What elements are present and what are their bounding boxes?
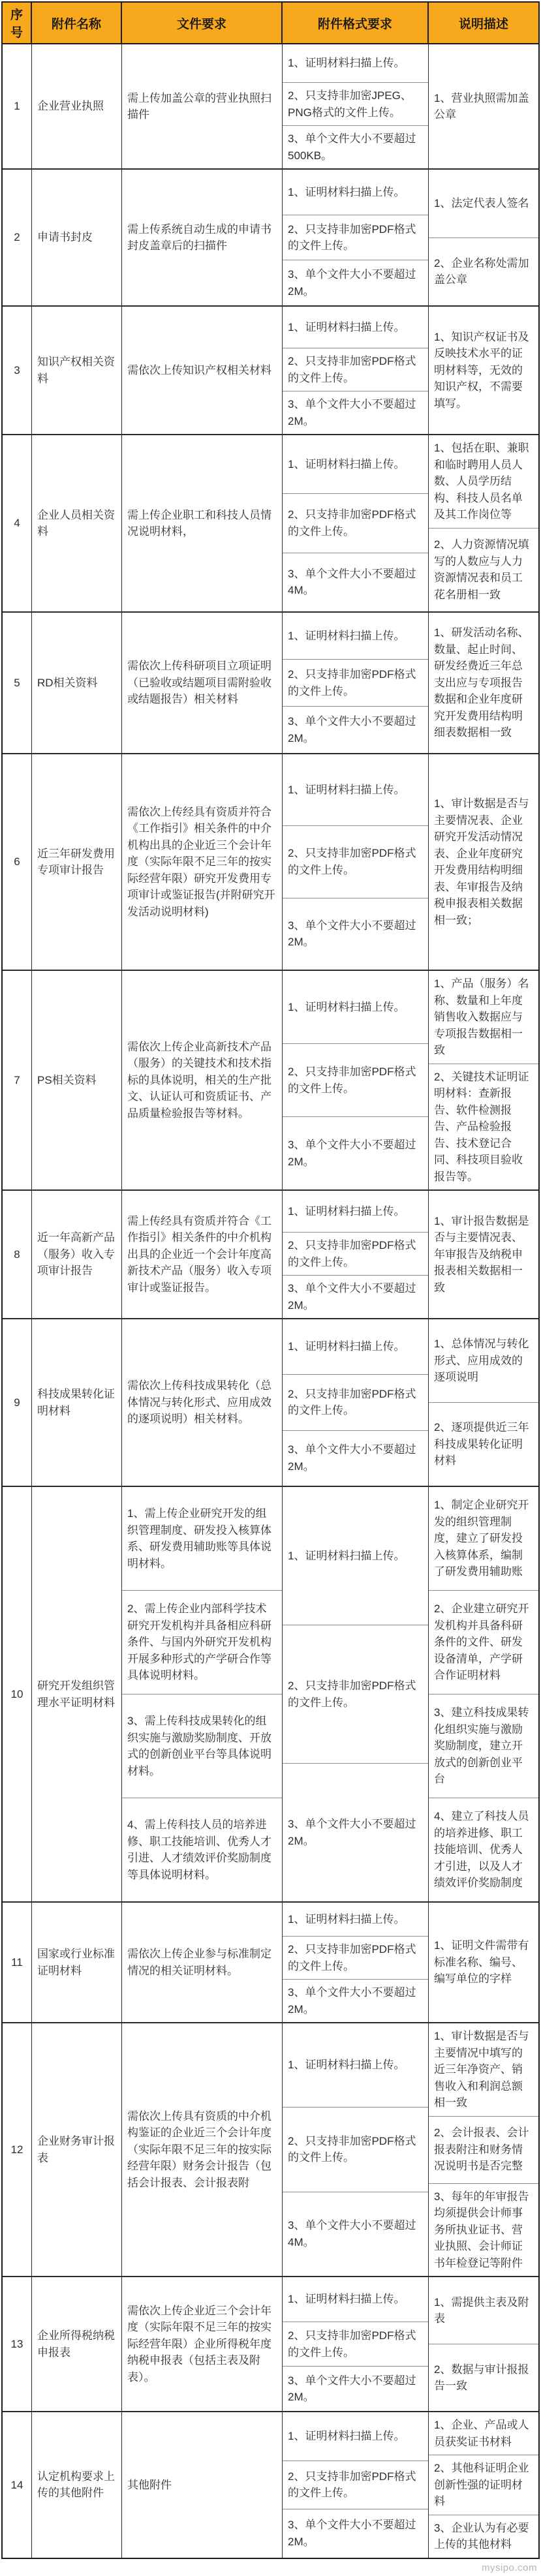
description-cell-item: 3、建立科技成果转化组织实施与激励奖励制度，建立开放式的创新创业平台 (429, 1694, 538, 1798)
description-cell-item: 2、会计报表、会计报表附注和财务情况说明书是否完整 (429, 2116, 538, 2183)
table-row: 2申请书封皮需上传系统自动生成的申请书封皮盖章后的扫描件1、证明材料扫描上传。2… (3, 170, 538, 307)
attachment-name-cell: 企业营业执照 (32, 44, 122, 168)
header-cell-format: 附件格式要求 (283, 3, 429, 43)
format-requirement-cell-item: 2、只支持非加密PDF格式的文件上传。 (283, 1625, 428, 1763)
format-requirement-cell-item: 3、单个文件大小不要超过2M。 (283, 2509, 428, 2558)
attachment-name-cell: 认定机构要求上传的其他附件 (32, 2412, 122, 2558)
row-number-cell: 14 (3, 2412, 32, 2558)
format-requirement-cell-item: 2、只支持非加密PDF格式的文件上传。 (283, 2107, 428, 2191)
description-cell: 1、企业、产品或人员获奖证书材料2、其他科证明企业创新性强的证明材料3、企业认为… (429, 2412, 538, 2558)
attachment-name-cell: 国家或行业标准证明材料 (32, 1903, 122, 2022)
format-requirement-cell-item: 3、单个文件大小不要超过2M。 (283, 1979, 428, 2022)
attachment-name-cell: 近一年高新产品（服务）收入专项审计报告 (32, 1191, 122, 1318)
header-cell-name: 附件名称 (32, 3, 122, 43)
format-requirement-cell-item: 2、只支持非加密PDF格式的文件上传。 (283, 659, 428, 706)
format-requirement-cell-item: 1、证明材料扫描上传。 (283, 307, 428, 348)
attachment-requirements-page: 序号 附件名称 文件要求 附件格式要求 说明描述 1企业营业执照需上传加盖公章的… (0, 0, 541, 2576)
description-cell-item: 1、审计数据是否与主要情况中填写的近三年净资产、销售收入和利润总额相一致 (429, 2023, 538, 2116)
description-cell: 1、产品（服务）名称、数量和上年度销售收入数据应与专项报告数据相一致2、关键技术… (429, 971, 538, 1189)
file-requirement-cell-item: 2、需上传企业内部科学技术研究开发机构并具备相应科研条件、与国内外研究开发机构开… (122, 1590, 282, 1694)
table-row: 3知识产权相关资料需依次上传知识产权相关材料1、证明材料扫描上传。2、只支持非加… (3, 307, 538, 435)
attachment-name-cell: 申请书封皮 (32, 170, 122, 305)
table-row: 6近三年研发费用专项审计报告需依次上传经具有资质并符合《工作指引》相关条件的中介… (3, 754, 538, 971)
file-requirement-cell: 其他附件 (122, 2412, 283, 2558)
attachment-name-cell: 企业人员相关资料 (32, 435, 122, 611)
format-requirement-cell-item: 2、只支持非加密PDF格式的文件上传。 (283, 1374, 428, 1430)
description-cell: 1、法定代表人签名2、企业名称处需加盖公章 (429, 170, 538, 305)
attachment-name-cell: 知识产权相关资料 (32, 307, 122, 434)
format-requirement-cell-item: 3、单个文件大小不要超过2M。 (283, 391, 428, 434)
format-requirement-cell: 1、证明材料扫描上传。2、只支持非加密PDF格式的文件上传。3、单个文件大小不要… (283, 1903, 429, 2022)
file-requirement-cell: 需依次上传知识产权相关材料 (122, 307, 283, 434)
file-requirement-cell-item: 4、需上传科技人员的培养进修、职工技能培训、优秀人才引进、人才绩效评价奖励制度等… (122, 1798, 282, 1901)
format-requirement-cell-item: 3、单个文件大小不要超过2M。 (283, 1763, 428, 1901)
description-cell-item: 1、需提供主表及附表 (429, 2277, 538, 2344)
row-number-cell: 10 (3, 1487, 32, 1901)
table-row: 12企业财务审计报表需依次上传具有资质的中介机构鉴证的企业近三个会计年度（实际年… (3, 2023, 538, 2277)
format-requirement-cell-item: 2、只支持非加密PDF格式的文件上传。 (283, 348, 428, 391)
format-requirement-cell-item: 1、证明材料扫描上传。 (283, 435, 428, 493)
file-requirement-cell: 需依次上传企业近三个会计年度（实际年限不足三年的按实际经营年限）企业所得税年度纳… (122, 2277, 283, 2411)
file-requirement-cell: 需上传企业职工和科技人员情况说明材料， (122, 435, 283, 611)
description-cell-item: 1、企业、产品或人员获奖证书材料 (429, 2412, 538, 2455)
row-number-cell: 8 (3, 1191, 32, 1318)
row-number-cell: 2 (3, 170, 32, 305)
format-requirement-cell-item: 3、单个文件大小不要超过4M。 (283, 2192, 428, 2276)
row-number-cell: 7 (3, 971, 32, 1189)
format-requirement-cell-item: 1、证明材料扫描上传。 (283, 1487, 428, 1625)
file-requirement-cell: 需上传系统自动生成的申请书封皮盖章后的扫描件 (122, 170, 283, 305)
description-cell-item: 2、关键技术证明证明材料：查新报告、软件检测报告、产品检验报告、技术登记合同、科… (429, 1064, 538, 1190)
description-cell-item: 4、建立了科技人员的培养进修、职工技能培训、优秀人才引进，以及人才绩效评价奖励制… (429, 1798, 538, 1901)
format-requirement-cell-item: 1、证明材料扫描上传。 (283, 754, 428, 825)
table-row: 7PS相关资料需依次上传企业高新技术产品（服务）的关键技术和技术指标的具体说明，… (3, 971, 538, 1191)
format-requirement-cell-item: 3、单个文件大小不要超过2M。 (283, 1116, 428, 1189)
description-cell: 1、总体情况与转化形式、应用成效的逐项说明2、逐项提供近三年科技成果转化证明材料 (429, 1319, 538, 1486)
description-cell-item: 1、总体情况与转化形式、应用成效的逐项说明 (429, 1319, 538, 1402)
format-requirement-cell: 1、证明材料扫描上传。2、只支持非加密PDF格式的文件上传。3、单个文件大小不要… (283, 2412, 429, 2558)
row-number-cell: 1 (3, 44, 32, 168)
attachment-name-cell: PS相关资料 (32, 971, 122, 1189)
description-cell: 1、审计报告数据是否与主要情况表、年审报告及纳税申报表相关数据相一致 (429, 1191, 538, 1318)
table-body: 1企业营业执照需上传加盖公章的营业执照扫描件1、证明材料扫描上传。2、只支持非加… (3, 44, 538, 2558)
header-cell-number: 序号 (3, 3, 32, 43)
description-cell-item: 2、数据与审计报报告一致 (429, 2344, 538, 2411)
file-requirement-cell: 需依次上传经具有资质并符合《工作指引》相关条件的中介机构出具的企业近三个会计年度… (122, 754, 283, 970)
file-requirement-cell-item: 1、需上传企业研究开发的组织管理制度、研发投入核算体系、研发费用辅助账等具体说明… (122, 1487, 282, 1590)
watermark: mysipo.com (482, 2562, 537, 2573)
table-row: 8近一年高新产品（服务）收入专项审计报告需上传经具有资质并符合《工作指引》相关条… (3, 1191, 538, 1319)
header-cell-requirement: 文件要求 (122, 3, 283, 43)
attachment-name-cell: 近三年研发费用专项审计报告 (32, 754, 122, 970)
description-cell-item: 3、每年的年审报告均须提供会计师事务所执业证书、营业执照、会计师证书年检登记等附… (429, 2183, 538, 2277)
row-number-cell: 13 (3, 2277, 32, 2411)
file-requirement-cell: 需上传经具有资质并符合《工作指引》相关条件的中介机构出具的企业近一个会计年度高新… (122, 1191, 283, 1318)
row-number-cell: 9 (3, 1319, 32, 1486)
format-requirement-cell-item: 1、证明材料扫描上传。 (283, 2023, 428, 2107)
format-requirement-cell-item: 1、证明材料扫描上传。 (283, 1319, 428, 1374)
table-header-row: 序号 附件名称 文件要求 附件格式要求 说明描述 (3, 3, 538, 44)
format-requirement-cell-item: 2、只支持非加密PDF格式的文件上传。 (283, 2322, 428, 2367)
format-requirement-cell: 1、证明材料扫描上传。2、只支持非加密PDF格式的文件上传。3、单个文件大小不要… (283, 1487, 429, 1901)
description-cell: 1、证明文件需带有标准名称、编号、编写单位的字样 (429, 1903, 538, 2022)
description-cell-item: 3、企业认为有必要上传的其他材料 (429, 2515, 538, 2558)
format-requirement-cell-item: 3、单个文件大小不要超过2M。 (283, 1275, 428, 1318)
format-requirement-cell: 1、证明材料扫描上传。2、只支持非加密PDF格式的文件上传。3、单个文件大小不要… (283, 307, 429, 434)
attachment-name-cell: 企业财务审计报表 (32, 2023, 122, 2276)
description-cell-item: 1、包括在职、兼职和临时聘用人员人数、人员学历结构、科技人员名单及其工作岗位等 (429, 435, 538, 528)
table-row: 9科技成果转化证明材料需依次上传科技成果转化（总体情况与转化形式、应用成效的逐项… (3, 1319, 538, 1487)
format-requirement-cell: 1、证明材料扫描上传。2、只支持非加密PDF格式的文件上传。3、单个文件大小不要… (283, 435, 429, 611)
format-requirement-cell-item: 1、证明材料扫描上传。 (283, 613, 428, 659)
attachment-name-cell: RD相关资料 (32, 613, 122, 753)
format-requirement-cell-item: 1、证明材料扫描上传。 (283, 170, 428, 215)
format-requirement-cell-item: 2、只支持非加密PDF格式的文件上传。 (283, 1936, 428, 1979)
format-requirement-cell-item: 3、单个文件大小不要超过2M。 (283, 706, 428, 753)
format-requirement-cell-item: 1、证明材料扫描上传。 (283, 2277, 428, 2322)
format-requirement-cell-item: 3、单个文件大小不要超过2M。 (283, 1430, 428, 1486)
format-requirement-cell-item: 2、只支持非加密JPEG、PNG格式的文件上传。 (283, 82, 428, 125)
file-requirement-cell: 需依次上传科研项目立项证明（已验收或结题项目需附验收或结题报告）相关材料 (122, 613, 283, 753)
format-requirement-cell-item: 2、只支持非加密PDF格式的文件上传。 (283, 215, 428, 260)
table-row: 10研究开发组织管理水平证明材料1、需上传企业研究开发的组织管理制度、研发投入核… (3, 1487, 538, 1903)
format-requirement-cell-item: 1、证明材料扫描上传。 (283, 2412, 428, 2461)
description-cell-item: 1、产品（服务）名称、数量和上年度销售收入数据应与专项报告数据相一致 (429, 971, 538, 1064)
format-requirement-cell: 1、证明材料扫描上传。2、只支持非加密PDF格式的文件上传。3、单个文件大小不要… (283, 754, 429, 970)
description-cell-item: 2、人力资源情况填写的人数应与人力资源情况表和员工花名册相一致 (429, 528, 538, 612)
table-row: 11国家或行业标准证明材料需依次上传企业参与标准制定情况的相关证明材料。1、证明… (3, 1903, 538, 2023)
file-requirement-cell: 需依次上传企业参与标准制定情况的相关证明材料。 (122, 1903, 283, 2022)
description-cell: 1、需提供主表及附表2、数据与审计报报告一致 (429, 2277, 538, 2411)
format-requirement-cell-item: 1、证明材料扫描上传。 (283, 44, 428, 82)
table-row: 14认定机构要求上传的其他附件其他附件1、证明材料扫描上传。2、只支持非加密PD… (3, 2412, 538, 2558)
format-requirement-cell-item: 3、单个文件大小不要超过4M。 (283, 553, 428, 611)
format-requirement-cell-item: 2、只支持非加密PDF格式的文件上传。 (283, 1043, 428, 1116)
description-cell: 1、包括在职、兼职和临时聘用人员人数、人员学历结构、科技人员名单及其工作岗位等2… (429, 435, 538, 611)
row-number-cell: 6 (3, 754, 32, 970)
file-requirement-cell-item: 3、需上传科技成果转化的组织实施与激励奖励制度、开放式的创新创业平台等具体说明材… (122, 1694, 282, 1798)
table-row: 13企业所得税纳税申报表需依次上传企业近三个会计年度（实际年限不足三年的按实际经… (3, 2277, 538, 2412)
format-requirement-cell: 1、证明材料扫描上传。2、只支持非加密PDF格式的文件上传。3、单个文件大小不要… (283, 613, 429, 753)
format-requirement-cell-item: 1、证明材料扫描上传。 (283, 1903, 428, 1936)
attachment-name-cell: 研究开发组织管理水平证明材料 (32, 1487, 122, 1901)
description-cell-item: 1、制定企业研究开发的组织管理制度，建立了研发投入核算体系，编制了研发费用辅助账 (429, 1487, 538, 1590)
format-requirement-cell: 1、证明材料扫描上传。2、只支持非加密PDF格式的文件上传。3、单个文件大小不要… (283, 1319, 429, 1486)
format-requirement-cell: 1、证明材料扫描上传。2、只支持非加密PDF格式的文件上传。3、单个文件大小不要… (283, 2023, 429, 2276)
row-number-cell: 11 (3, 1903, 32, 2022)
description-cell: 1、营业执照需加盖公章 (429, 44, 538, 168)
format-requirement-cell-item: 2、只支持非加密PDF格式的文件上传。 (283, 825, 428, 897)
row-number-cell: 5 (3, 613, 32, 753)
table-row: 4企业人员相关资料需上传企业职工和科技人员情况说明材料，1、证明材料扫描上传。2… (3, 435, 538, 613)
format-requirement-cell-item: 3、单个文件大小不要超过2M。 (283, 898, 428, 970)
description-cell-item: 1、法定代表人签名 (429, 170, 538, 238)
requirements-table: 序号 附件名称 文件要求 附件格式要求 说明描述 1企业营业执照需上传加盖公章的… (1, 1, 540, 2559)
description-cell: 1、制定企业研究开发的组织管理制度，建立了研发投入核算体系，编制了研发费用辅助账… (429, 1487, 538, 1901)
format-requirement-cell-item: 2、只支持非加密PDF格式的文件上传。 (283, 493, 428, 552)
format-requirement-cell-item: 2、只支持非加密PDF格式的文件上传。 (283, 1232, 428, 1275)
format-requirement-cell: 1、证明材料扫描上传。2、只支持非加密PDF格式的文件上传。3、单个文件大小不要… (283, 2277, 429, 2411)
format-requirement-cell: 1、证明材料扫描上传。2、只支持非加密PDF格式的文件上传。3、单个文件大小不要… (283, 1191, 429, 1318)
row-number-cell: 3 (3, 307, 32, 434)
row-number-cell: 4 (3, 435, 32, 611)
format-requirement-cell-item: 2、只支持非加密PDF格式的文件上传。 (283, 2461, 428, 2509)
file-requirement-cell: 需依次上传科技成果转化（总体情况与转化形式、应用成效的逐项说明）相关材料。 (122, 1319, 283, 1486)
description-cell: 1、审计数据是否与主要情况表、企业研究开发活动情况表、企业年度研究开发费用结构明… (429, 754, 538, 970)
table-row: 5RD相关资料需依次上传科研项目立项证明（已验收或结题项目需附验收或结题报告）相… (3, 613, 538, 754)
description-cell: 1、研发活动名称、数量、起止时间、研发经费近三年总支出应与专项报告数据和企业年度… (429, 613, 538, 753)
format-requirement-cell: 1、证明材料扫描上传。2、只支持非加密PDF格式的文件上传。3、单个文件大小不要… (283, 170, 429, 305)
table-row: 1企业营业执照需上传加盖公章的营业执照扫描件1、证明材料扫描上传。2、只支持非加… (3, 44, 538, 170)
format-requirement-cell: 1、证明材料扫描上传。2、只支持非加密PDF格式的文件上传。3、单个文件大小不要… (283, 971, 429, 1189)
header-cell-description: 说明描述 (429, 3, 538, 43)
format-requirement-cell-item: 1、证明材料扫描上传。 (283, 1191, 428, 1232)
attachment-name-cell: 科技成果转化证明材料 (32, 1319, 122, 1486)
attachment-name-cell: 企业所得税纳税申报表 (32, 2277, 122, 2411)
description-cell-item: 2、企业名称处需加盖公章 (429, 238, 538, 306)
file-requirement-cell: 需上传加盖公章的营业执照扫描件 (122, 44, 283, 168)
format-requirement-cell-item: 1、证明材料扫描上传。 (283, 971, 428, 1043)
description-cell: 1、审计数据是否与主要情况中填写的近三年净资产、销售收入和利润总额相一致2、会计… (429, 2023, 538, 2276)
format-requirement-cell: 1、证明材料扫描上传。2、只支持非加密JPEG、PNG格式的文件上传。3、单个文… (283, 44, 429, 168)
description-cell: 1、知识产权证书及反映技术水平的证明材料等，无效的知识产权，不需要填写。 (429, 307, 538, 434)
file-requirement-cell: 1、需上传企业研究开发的组织管理制度、研发投入核算体系、研发费用辅助账等具体说明… (122, 1487, 283, 1901)
description-cell-item: 2、企业建立研究开发机构并具备科研条件的文件、研发设备清单，产学研合作证明材料 (429, 1590, 538, 1694)
description-cell-item: 2、逐项提供近三年科技成果转化证明材料 (429, 1402, 538, 1486)
file-requirement-cell: 需依次上传具有资质的中介机构鉴证的企业近三个会计年度（实际年限不足三年的按实际经… (122, 2023, 283, 2276)
description-cell-item: 2、其他科证明企业创新性强的证明材料 (429, 2455, 538, 2515)
format-requirement-cell-item: 3、单个文件大小不要超过2M。 (283, 260, 428, 305)
file-requirement-cell: 需依次上传企业高新技术产品（服务）的关键技术和技术指标的具体说明，相关的生产批文… (122, 971, 283, 1189)
row-number-cell: 12 (3, 2023, 32, 2276)
format-requirement-cell-item: 3、单个文件大小不要超过2M。 (283, 2366, 428, 2411)
format-requirement-cell-item: 3、单个文件大小不要超过500KB。 (283, 125, 428, 168)
